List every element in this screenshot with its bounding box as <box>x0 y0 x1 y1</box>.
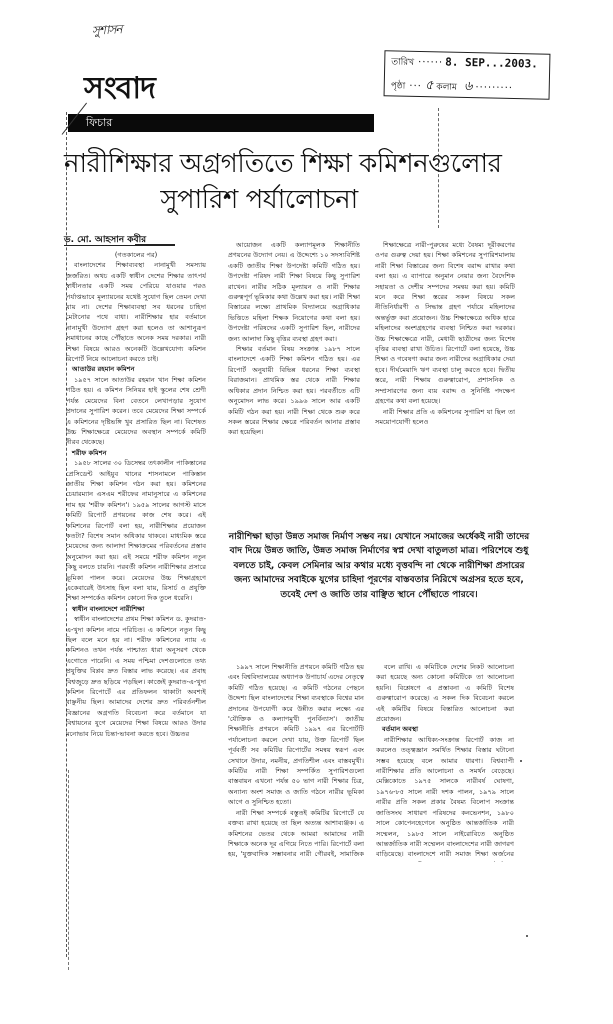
stamp-date-row: তারিখ ······ 8. SEP...2003. <box>391 54 543 72</box>
pull-quote: নারীশিক্ষা ছাড়া উন্নত সমাজ নির্মাণ সম্ভ… <box>226 530 532 602</box>
scan-artifact <box>526 935 528 937</box>
subheading: বর্তমান অবস্থা <box>376 724 514 734</box>
subheading: আতাউর রহমান কমিশন <box>66 364 206 374</box>
archive-stamp: তারিখ ······ 8. SEP...2003. পৃষ্ঠা ··· ৫… <box>384 50 551 99</box>
headline-line-2: সুপারিশ পর্যালোচনা <box>64 182 454 218</box>
paragraph: স্বাধীন বাংলাদেশের প্রথম শিক্ষা কমিশন ড.… <box>66 614 206 739</box>
stamp-page-label: পৃষ্ঠা <box>391 78 406 93</box>
stamp-date-value: 8. SEP...2003. <box>445 56 538 71</box>
subheading: স্বাধীন বাংলাদেশে নারীশিক্ষা <box>66 604 206 614</box>
paragraph: ১৯৯৭ সালে শিক্ষানীতি প্রণয়নে কমিটি গঠিত… <box>228 662 364 808</box>
continued-note: (গতকালের পর) <box>66 250 206 260</box>
newspaper-masthead: সংবাদ <box>84 64 155 115</box>
paragraph: বলে রাখি। এ কমিটিকে দেশের নিকট আলোচনা কর… <box>376 662 514 724</box>
section-banner <box>68 114 374 132</box>
paragraph: ১৯৫৭ সালে আতাউর রহমান খান শিক্ষা কমিশন গ… <box>66 375 206 448</box>
paragraph: বাংলাদেশের শিক্ষাব্যবস্থা নানামুখী সমস্য… <box>66 260 206 364</box>
paragraph: আয়োজন একটি কল্যাণমূলক শিক্ষানীতি প্রণয়… <box>228 240 360 344</box>
paragraph: নারীশিক্ষার আধিক্য-সংক্রান্ত রিপোর্ট কাজ… <box>376 735 514 862</box>
byline-rule-accent <box>135 244 175 246</box>
stamp-dots: ······ <box>418 57 443 69</box>
handwritten-note: সুশাসন <box>91 21 122 43</box>
subheading: শরীফ কমিশন <box>66 448 206 458</box>
headline-line-1: নারীশিক্ষার অগ্রগতিতে শিক্ষা কমিশনগুলোর <box>64 146 454 182</box>
stamp-page-value: ৫ <box>425 76 434 97</box>
scan-artifact <box>440 580 442 582</box>
article-column-2: আয়োজন একটি কল্যাণমূলক শিক্ষানীতি প্রণয়… <box>228 240 360 510</box>
paragraph: নারী শিক্ষা সম্পর্কে বস্তুতই কমিটির রিপো… <box>228 808 364 862</box>
article-column-1: (গতকালের পর) বাংলাদেশের শিক্ষাব্যবস্থা ন… <box>66 250 206 848</box>
section-label: ফিচার <box>86 114 112 132</box>
stamp-date-label: তারিখ <box>391 54 414 69</box>
article-column-3: শিক্ষাক্ষেত্রে নারী-পুরুষের মধ্যে বৈষম্য… <box>375 240 515 520</box>
paragraph: ১৯৫৮ সালের ৩০ ডিসেম্বর তৎকালীন পাকিস্তান… <box>66 458 206 604</box>
article-column-3-lower: বলে রাখি। এ কমিটিকে দেশের নিকট আলোচনা কর… <box>376 662 514 862</box>
article-column-2-lower: ১৯৯৭ সালে শিক্ষানীতি প্রণয়নে কমিটি গঠিত… <box>228 662 364 862</box>
stamp-column-label: কলাম <box>436 79 457 94</box>
stamp-page-row: পৃষ্ঠা ··· ৫ কলাম ৬ ········· <box>391 75 543 99</box>
stamp-dots: ········· <box>475 82 513 94</box>
article-headline: নারীশিক্ষার অগ্রগতিতে শিক্ষা কমিশনগুলোর … <box>64 146 454 218</box>
paragraph: নারী শিক্ষার প্রতি এ কমিশনের সুপারিশ যা … <box>375 407 515 428</box>
stamp-column-value: ৬ <box>464 77 473 98</box>
paragraph: শিক্ষাক্ষেত্রে নারী-পুরুষের মধ্যে বৈষম্য… <box>375 240 515 407</box>
paragraph: শিক্ষার বর্তমান বিষয় সংক্রান্ত ১৯৮৭ সাল… <box>228 344 360 438</box>
scan-artifact <box>520 760 522 762</box>
stamp-dots: ··· <box>409 81 422 92</box>
